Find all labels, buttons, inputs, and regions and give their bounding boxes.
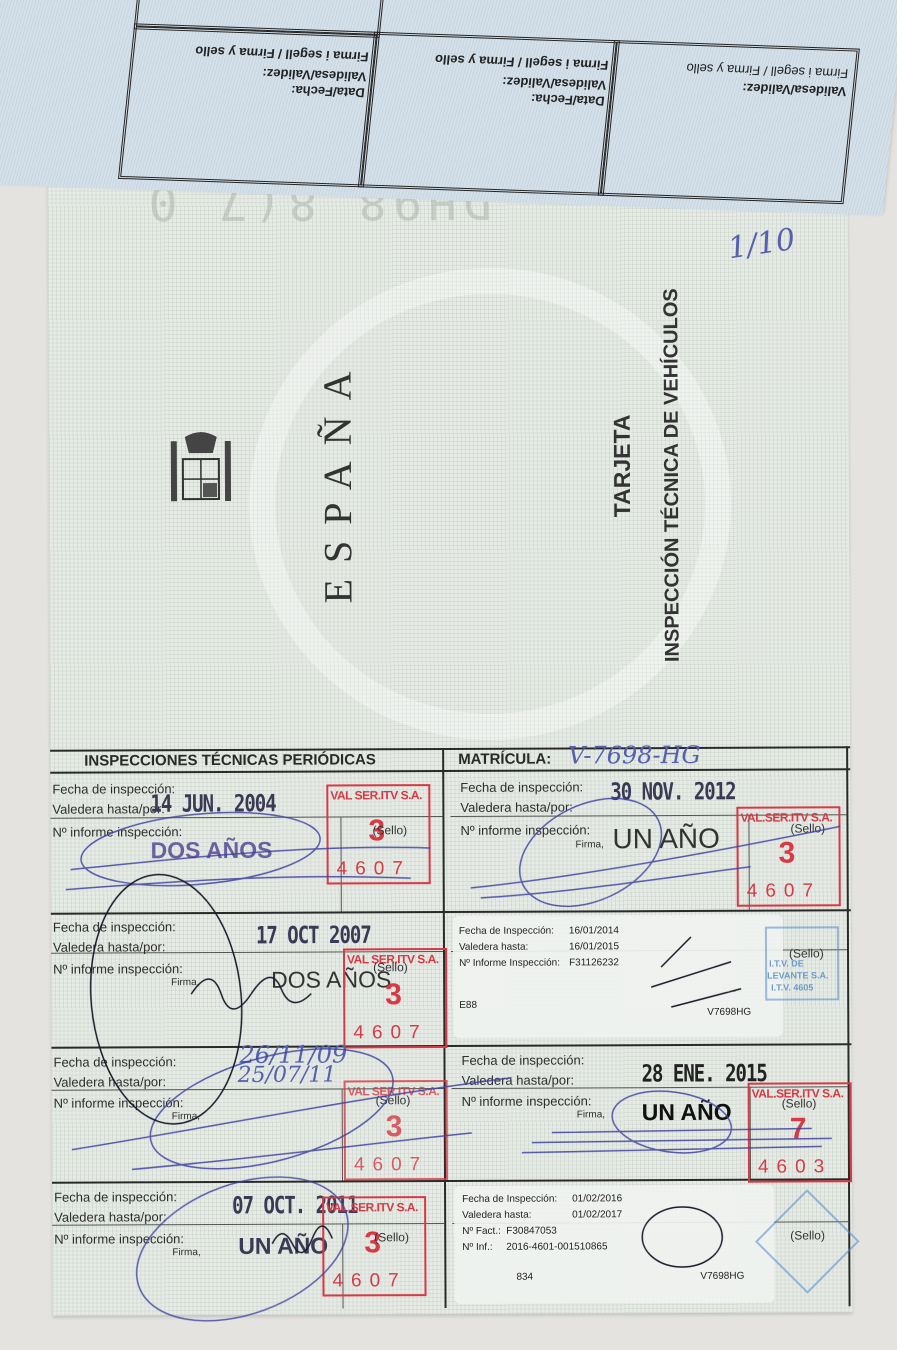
coat-of-arms-icon — [167, 431, 235, 511]
itv-card-document: DH98 8(7 0 ESPAÑA TARJETA INSPECCIÓN TÉC… — [47, 126, 852, 1315]
card-title: TARJETA — [609, 415, 636, 518]
flap-cell-2: Firma i segell / Firma y sello Validesa/… — [358, 32, 620, 196]
flap-cell-1: Firma i segell / Firma y sello Validesa/… — [598, 40, 860, 204]
country-title: ESPAÑA — [313, 355, 361, 603]
inspection-table: INSPECCIONES TÉCNICAS PERIÓDICAS MATRÍCU… — [50, 746, 852, 1309]
card-subtitle: INSPECCIÓN TÉCNICA DE VEHÍCULOS — [660, 288, 685, 662]
handwritten-note: 1/10 — [726, 222, 798, 266]
signature-scribbles — [50, 746, 852, 1309]
folded-back-page: Firma i segell / Firma y sello Validesa/… — [0, 0, 897, 216]
flap-cell-3: Firma i segell / Firma y sello Validesa/… — [118, 23, 380, 187]
card-cover: DH98 8(7 0 ESPAÑA TARJETA INSPECCIÓN TÉC… — [47, 126, 850, 729]
